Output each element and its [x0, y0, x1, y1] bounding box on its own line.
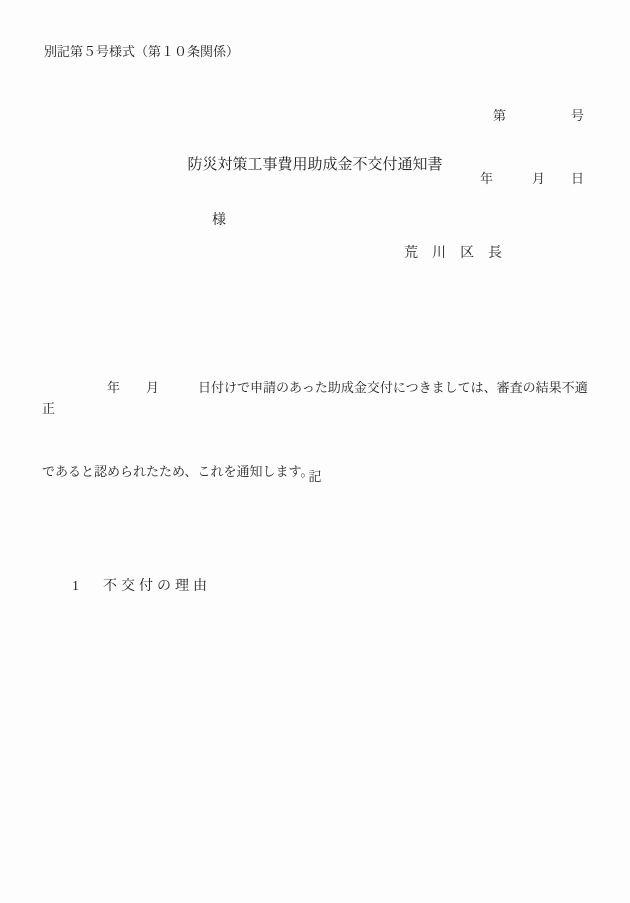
body-line-1: 年 月 日付けで申請のあった助成金交付につきましては、審査の結果不適正 [42, 377, 592, 419]
document-page: 別記第５号様式（第１０条関係） 第 号 年 月 日 防災対策工事費用助成金不交付… [0, 0, 630, 903]
document-title: 防災対策工事費用助成金不交付通知書 [0, 155, 630, 175]
list-heading: 記 [0, 466, 630, 487]
addressee-honorific: 様 [212, 211, 226, 231]
item-row-1: 1不交付の理由 [58, 555, 211, 618]
document-number-line: 第 号 [480, 105, 584, 126]
form-reference-label: 別記第５号様式（第１０条関係） [44, 44, 239, 60]
item-label: 不交付の理由 [103, 579, 211, 594]
sender-name: 荒 川 区 長 [404, 244, 502, 264]
item-number: 1 [72, 579, 79, 594]
body-paragraph: 年 月 日付けで申請のあった助成金交付につきましては、審査の結果不適正 であると… [42, 335, 592, 524]
document-number-block: 第 号 年 月 日 [480, 63, 584, 231]
